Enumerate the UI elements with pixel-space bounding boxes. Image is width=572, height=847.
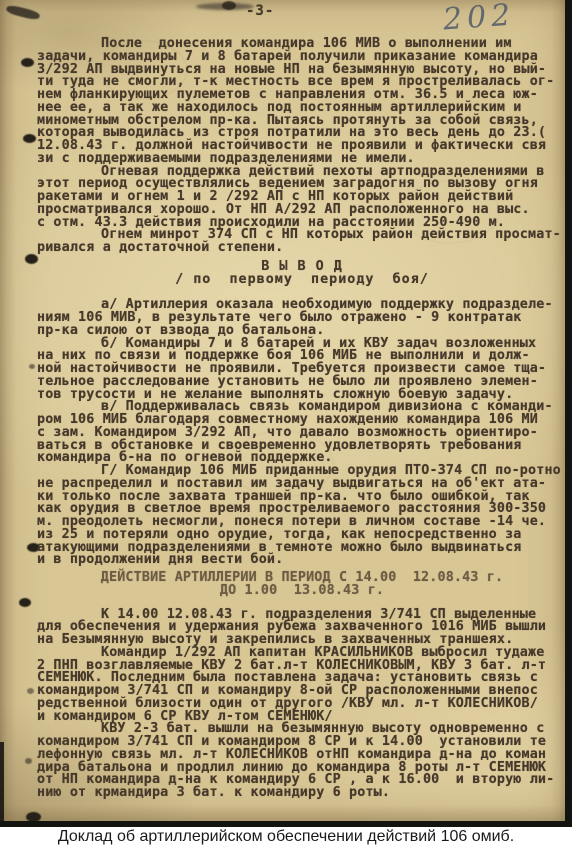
- paragraph: ДЕЙСТВИЕ АРТИЛЛЕРИИ В ПЕРИОД С 14.00 12.…: [37, 572, 565, 598]
- ink-blot: [19, 598, 31, 607]
- paper-sheet: -3- 202 После донесения командира 106 МИ…: [0, 0, 565, 821]
- ink-blot: [29, 364, 35, 369]
- paragraph: В Ы В О Д/ по первому периоду боя/: [37, 261, 565, 287]
- paragraph: Огневая поддержка действий пехоты артпод…: [37, 166, 565, 230]
- caption-bar: Доклад об артиллерийском обеспечении дей…: [0, 827, 572, 847]
- ink-blot: [27, 688, 34, 694]
- document-line: / по первому периоду боя/: [37, 274, 565, 287]
- scan-edge-shadow: [0, 742, 4, 821]
- corner-fold-mark: [5, 4, 40, 21]
- ink-blot: [23, 134, 36, 143]
- page-number: -3-: [246, 3, 274, 19]
- document-line: и в продолжении дня вести бой.: [37, 554, 565, 567]
- ink-blot: [222, 1, 236, 10]
- paragraph: Огнем минрот 374 СП с НП которых район д…: [37, 229, 565, 255]
- document-line: ДО 1.00 13.08.43 г.: [37, 585, 565, 598]
- document-body: После донесения командира 106 МИВ о выпо…: [37, 38, 565, 800]
- ink-blot: [25, 758, 32, 764]
- paragraph: Г/ Командир 106 МИБ приданные орудия ПТО…: [37, 465, 565, 567]
- caption-text: Доклад об артиллерийском обеспечении дей…: [58, 827, 514, 847]
- document-line: нию от крмандира 3 бат. к командиру 6 ро…: [37, 787, 565, 800]
- document-line: ривался а достаточной степени.: [37, 242, 565, 255]
- paragraph: а/ Артиллерия оказала необходимую поддер…: [37, 299, 565, 337]
- paragraph: б/ Командиры 7 и 8 батарей и их КВУ зада…: [37, 338, 565, 402]
- paragraph: Командир 1/292 АП капитан КРАСИЛЬНИКОВ в…: [37, 647, 565, 724]
- handwritten-page-number: 202: [442, 0, 517, 37]
- ink-blot: [21, 58, 34, 67]
- paragraph: КВУ 2-3 бат. вышли на безымянную высоту …: [37, 723, 565, 800]
- paragraph: После донесения командира 106 МИВ о выпо…: [37, 38, 565, 166]
- scanned-document-page: -3- 202 После донесения командира 106 МИ…: [0, 0, 572, 847]
- paragraph: К 14.00 12.08.43 г. подразделения 3/741 …: [37, 609, 565, 647]
- paragraph: в/ Поддерживалась связь командиром дивиз…: [37, 401, 565, 465]
- ink-blot: [26, 812, 41, 821]
